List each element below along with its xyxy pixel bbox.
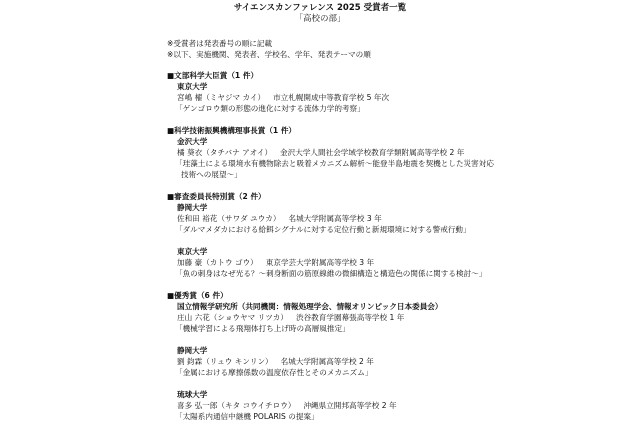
awardee-entry: 静岡大学 佐和田 裕花（サワダ ユウカ）名城大学附属高等学校 3 年 「ダルマメ… xyxy=(167,202,587,235)
section-header: ■優秀賞（6 件） xyxy=(167,290,587,301)
institution: 琉球大学 xyxy=(167,389,587,400)
award-section-judges-special: ■審査委員長特別賞（2 件） 静岡大学 佐和田 裕花（サワダ ユウカ）名城大学附… xyxy=(167,191,587,279)
note-order: ※受賞者は発表番号の順に記載 xyxy=(167,38,587,49)
document-subtitle: 「高校の部」 xyxy=(0,14,640,25)
awardee-entry: 東京大学 宮嶋 櫂（ミヤジマ カイ）市立札幌開成中等教育学校 5 年次 「ゲンゴ… xyxy=(167,81,587,114)
presenter-name: 橘 葵衣（タチバナ アオイ） xyxy=(177,148,272,157)
presenter-name: 佐和田 裕花（サワダ ユウカ） xyxy=(177,214,280,223)
presenter-line: 宮嶋 櫂（ミヤジマ カイ）市立札幌開成中等教育学校 5 年次 xyxy=(167,92,587,103)
document-title: サイエンスカンファレンス 2025 受賞者一覧 xyxy=(0,3,640,14)
presenter-line: 橘 葵衣（タチバナ アオイ）金沢大学人間社会学域学校教育学類附属高等学校 2 年 xyxy=(167,147,587,158)
school-name: 沖縄県立開邦高等学校 2 年 xyxy=(303,401,396,410)
institution: 金沢大学 xyxy=(167,136,587,147)
awardee-entry: 金沢大学 橘 葵衣（タチバナ アオイ）金沢大学人間社会学域学校教育学類附属高等学… xyxy=(167,136,587,180)
section-header: ■文部科学大臣賞（1 件） xyxy=(167,70,587,81)
document-page: サイエンスカンファレンス 2025 受賞者一覧 「高校の部」 ※受賞者は発表番号… xyxy=(0,0,640,426)
presenter-line: 劉 鈞霖（リュウ キンリン）名城大学附属高等学校 2 年 xyxy=(167,356,587,367)
presentation-theme: 「ゲンゴロウ類の形態の進化に対する流体力学的考察」 xyxy=(167,103,587,114)
presenter-name: 喜多 弘一郎（キタ コウイチロウ） xyxy=(177,401,295,410)
section-header: ■科学技術振興機構理事長賞（1 件） xyxy=(167,125,587,136)
note-format: ※以下、実施機関、発表者、学校名、学年、発表テーマの順 xyxy=(167,49,587,60)
institution: 静岡大学 xyxy=(167,202,587,213)
presenter-name: 宮嶋 櫂（ミヤジマ カイ） xyxy=(177,93,265,102)
presentation-theme: 「金属における摩擦係数の温度依存性とそのメカニズム」 xyxy=(167,367,587,378)
presentation-theme-continued: 技術への展望～」 xyxy=(167,169,587,180)
spacer xyxy=(167,60,587,70)
presenter-name: 加藤 豪（カトウ ゴウ） xyxy=(177,258,258,267)
presentation-theme: 「機械学習による飛翔体打ち上げ時の高層風推定」 xyxy=(167,323,587,334)
award-section-excellence: ■優秀賞（6 件） 国立情報学研究所（共同機関：情報処理学会、情報オリンピック日… xyxy=(167,290,587,422)
institution: 静岡大学 xyxy=(167,345,587,356)
presenter-line: 加藤 豪（カトウ ゴウ）東京学芸大学附属高等学校 3 年 xyxy=(167,257,587,268)
presenter-name: 劉 鈞霖（リュウ キンリン） xyxy=(177,357,273,366)
school-name: 渋谷教育学園幕張高等学校 1 年 xyxy=(296,313,404,322)
institution: 東京大学 xyxy=(167,81,587,92)
presenter-line: 庄山 六花（ショウヤマ リツカ）渋谷教育学園幕張高等学校 1 年 xyxy=(167,312,587,323)
school-name: 市立札幌開成中等教育学校 5 年次 xyxy=(273,93,389,102)
institution: 国立情報学研究所（共同機関：情報処理学会、情報オリンピック日本委員会） xyxy=(167,301,587,312)
school-name: 名城大学附属高等学校 3 年 xyxy=(288,214,381,223)
awardee-entry: 琉球大学 喜多 弘一郎（キタ コウイチロウ）沖縄県立開邦高等学校 2 年 「太陽… xyxy=(167,389,587,422)
award-section-minister: ■文部科学大臣賞（1 件） 東京大学 宮嶋 櫂（ミヤジマ カイ）市立札幌開成中等… xyxy=(167,70,587,114)
presenter-name: 庄山 六花（ショウヤマ リツカ） xyxy=(177,313,288,322)
presentation-theme: 「太陽系内通信中継機 POLARIS の提案」 xyxy=(167,411,587,422)
presenter-line: 喜多 弘一郎（キタ コウイチロウ）沖縄県立開邦高等学校 2 年 xyxy=(167,400,587,411)
school-name: 名城大学附属高等学校 2 年 xyxy=(281,357,374,366)
presentation-theme: 「珪藻土による環境水有機物除去と吸着メカニズム解析～能登半島地震を契機とした災害… xyxy=(167,158,587,169)
presenter-line: 佐和田 裕花（サワダ ユウカ）名城大学附属高等学校 3 年 xyxy=(167,213,587,224)
institution: 東京大学 xyxy=(167,246,587,257)
presentation-theme: 「ダルマメダカにおける給餌シグナルに対する定位行動と新規環境に対する警戒行動」 xyxy=(167,224,587,235)
document-body: ※受賞者は発表番号の順に記載 ※以下、実施機関、発表者、学校名、学年、発表テーマ… xyxy=(167,38,587,426)
school-name: 東京学芸大学附属高等学校 3 年 xyxy=(266,258,374,267)
awardee-entry: 国立情報学研究所（共同機関：情報処理学会、情報オリンピック日本委員会） 庄山 六… xyxy=(167,301,587,334)
awardee-entry: 東京大学 加藤 豪（カトウ ゴウ）東京学芸大学附属高等学校 3 年 「魚の刺身は… xyxy=(167,246,587,279)
section-header: ■審査委員長特別賞（2 件） xyxy=(167,191,587,202)
awardee-entry: 静岡大学 劉 鈞霖（リュウ キンリン）名城大学附属高等学校 2 年 「金属におけ… xyxy=(167,345,587,378)
presentation-theme: 「魚の刺身はなぜ光る？～刺身断面の筋原線維の微細構造と構造色の関係に関する検討～… xyxy=(167,268,587,279)
award-section-jst: ■科学技術振興機構理事長賞（1 件） 金沢大学 橘 葵衣（タチバナ アオイ）金沢… xyxy=(167,125,587,180)
school-name: 金沢大学人間社会学域学校教育学類附属高等学校 2 年 xyxy=(280,148,464,157)
